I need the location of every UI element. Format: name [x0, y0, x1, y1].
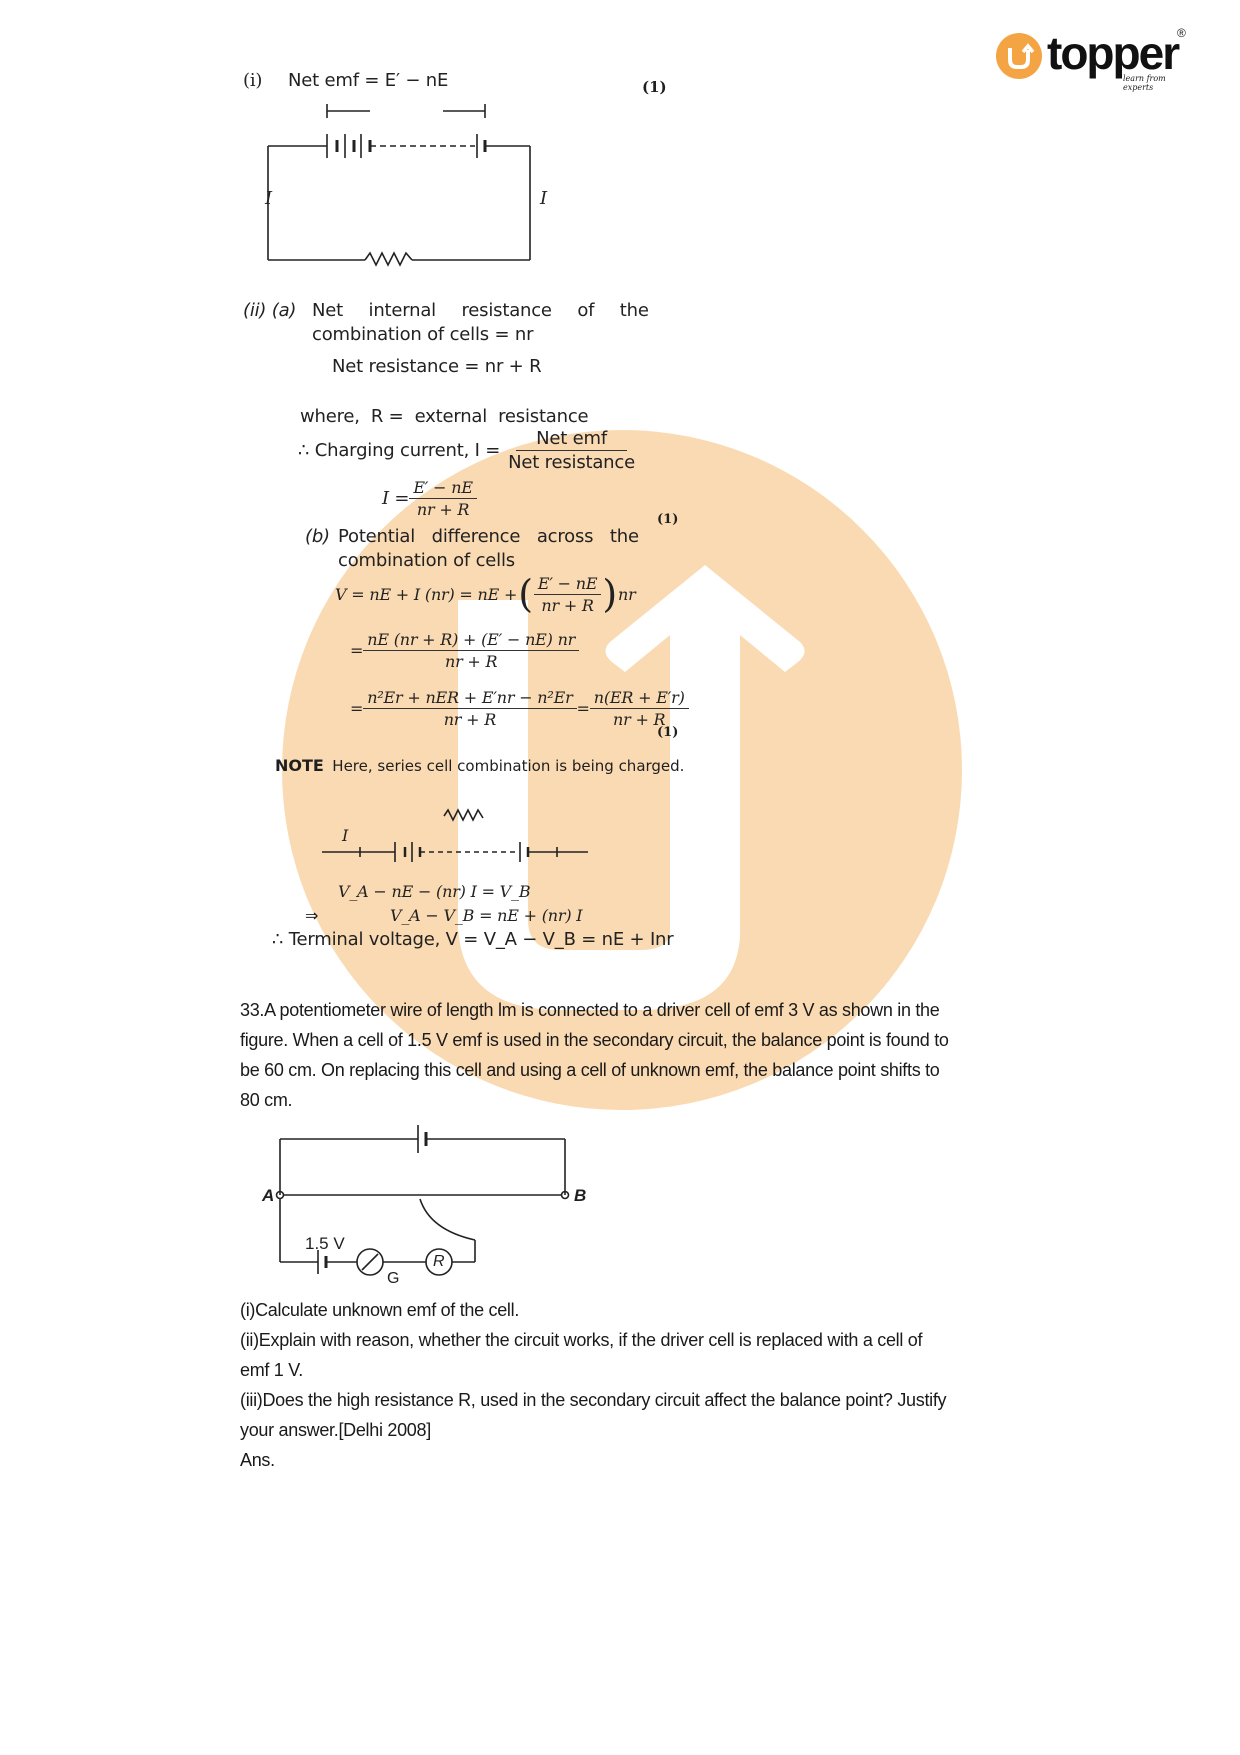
derivation-implies: ⇒ — [305, 906, 318, 925]
eq1-numerator: E′ − nE — [534, 574, 601, 595]
note-label: NOTE — [275, 756, 324, 775]
charging-current-equation: ∴ Charging current, I = Net emf Net resi… — [298, 428, 639, 473]
eq2-denominator: nr + R — [441, 651, 501, 671]
answer-label: Ans. — [240, 1445, 1020, 1475]
sub-question-line: (iii)Does the high resistance R, used in… — [240, 1385, 1020, 1415]
charging-current-numerator: Net emf — [516, 428, 627, 451]
eq3-rhs-numerator: n(ER + E′r) — [590, 688, 689, 709]
point-b-label: B — [574, 1186, 586, 1206]
cell-voltage-label: 1.5 V — [305, 1234, 345, 1254]
eq1-denominator: nr + R — [537, 595, 597, 615]
part-i-label: (i) — [243, 70, 262, 91]
series-cells-diagram — [320, 808, 600, 868]
part-ii-a-mark: (1) — [657, 512, 678, 527]
part-ii-a-label: (ii) (a) — [243, 300, 296, 321]
charging-current-denominator: Net resistance — [504, 451, 639, 473]
topper-tagline: learn from experts — [1123, 74, 1195, 92]
part-i-mark: (1) — [642, 78, 667, 96]
voltage-equation-1: V = nE + I (nr) = nE + ( E′ − nE nr + R … — [335, 572, 636, 616]
question-line: figure. When a cell of 1.5 V emf is used… — [240, 1025, 1020, 1055]
derivation-line3: ∴ Terminal voltage, V = V_A − V_B = nE +… — [272, 929, 673, 950]
part-ii-a-line3: Net resistance = nr + R — [332, 356, 541, 377]
question-line: 33.A potentiometer wire of length lm is … — [240, 995, 1020, 1025]
sub-question-line: (ii)Explain with reason, whether the cir… — [240, 1325, 1020, 1355]
note-text: Here, series cell combination is being c… — [332, 757, 684, 775]
part-ii-a-where: where, R = external resistance — [300, 406, 588, 427]
sub-question-line: emf 1 V. — [240, 1355, 1020, 1385]
resistor-label: R — [433, 1253, 445, 1271]
registered-mark: ® — [1177, 26, 1186, 40]
current-label-left: I — [265, 188, 272, 209]
eq1-prefix: V = nE + I (nr) = nE + — [335, 585, 517, 604]
eq1-suffix: nr — [618, 585, 636, 604]
current-formula-denominator: nr + R — [413, 499, 473, 519]
voltage-equation-2: = nE (nr + R) + (E′ − nE) nr nr + R — [350, 630, 579, 671]
charging-current-prefix: ∴ Charging current, I = — [298, 440, 500, 461]
topper-logo-icon — [995, 32, 1043, 80]
current-formula-prefix: I = — [382, 488, 409, 509]
current-formula-numerator: E′ − nE — [409, 478, 476, 499]
question-line: be 60 cm. On replacing this cell and usi… — [240, 1055, 1020, 1085]
derivation-line1: V_A − nE − (nr) I = V_B — [338, 882, 530, 901]
potentiometer-circuit-diagram — [250, 1115, 590, 1295]
charging-circuit-diagram — [260, 100, 540, 270]
note-current-label: I — [342, 826, 348, 845]
sub-questions: (i)Calculate unknown emf of the cell. (i… — [240, 1295, 1020, 1475]
question-33-text: 33.A potentiometer wire of length lm is … — [240, 995, 1020, 1115]
topper-logo: topper ® learn from experts — [995, 30, 1195, 90]
current-formula: I = E′ − nE nr + R — [382, 478, 477, 519]
question-line: 80 cm. — [240, 1085, 1020, 1115]
voltage-equation-3: = n²Er + nER + E′nr − n²Er nr + R = n(ER… — [350, 688, 689, 729]
galvanometer-label: G — [387, 1270, 399, 1288]
eq2-numerator: nE (nr + R) + (E′ − nE) nr — [363, 630, 579, 651]
current-label-right: I — [540, 188, 547, 209]
part-ii-b-label: (b) — [305, 526, 330, 547]
eq3-denominator: nr + R — [440, 709, 500, 729]
part-ii-b-line1: Potential difference across the — [338, 526, 639, 547]
note: NOTE Here, series cell combination is be… — [275, 756, 684, 776]
eq3-numerator: n²Er + nER + E′nr − n²Er — [363, 688, 576, 709]
point-a-label: A — [262, 1186, 274, 1206]
part-ii-b-line2: combination of cells — [338, 550, 515, 571]
derivation-line2: V_A − V_B = nE + (nr) I — [390, 906, 582, 925]
part-i-text: Net emf = E′ − nE — [288, 70, 448, 91]
part-ii-a-line1: Net internal resistance of the — [312, 300, 649, 321]
topper-logo-text: topper — [1047, 26, 1178, 80]
sub-question-line: (i)Calculate unknown emf of the cell. — [240, 1295, 1020, 1325]
part-ii-a-line2: combination of cells = nr — [312, 324, 533, 345]
sub-question-line: your answer.[Delhi 2008] — [240, 1415, 1020, 1445]
part-ii-b-mark: (1) — [657, 725, 678, 740]
